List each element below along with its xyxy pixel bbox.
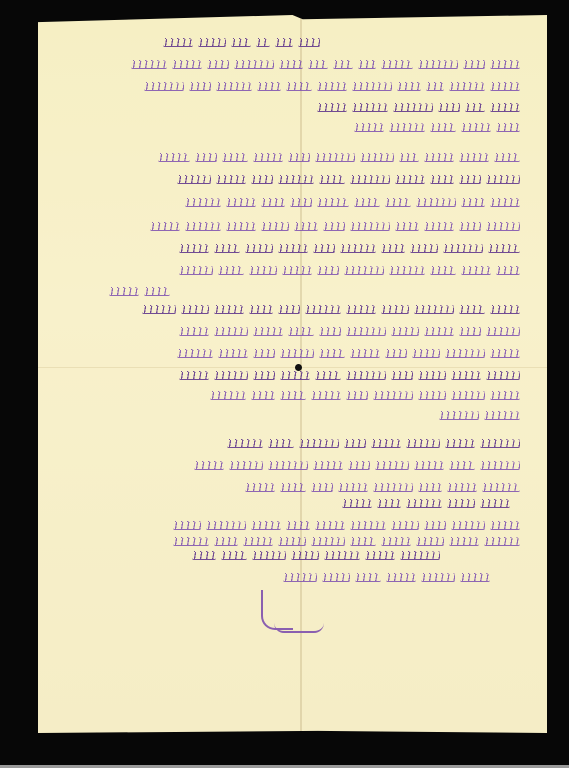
handwritten-word (445, 349, 485, 358)
handwritten-word (308, 60, 328, 69)
handwritten-word (490, 103, 520, 112)
handwritten-word (465, 103, 485, 112)
handwritten-word (315, 153, 355, 162)
handwritten-word (144, 82, 184, 91)
handwritten-word (430, 123, 456, 132)
handwritten-word (313, 244, 335, 253)
handwritten-line (50, 518, 520, 532)
handwritten-word (294, 222, 318, 231)
handwritten-word (257, 82, 281, 91)
handwritten-word (449, 82, 485, 91)
handwritten-word (216, 82, 252, 91)
handwritten-word (179, 266, 213, 275)
handwritten-word (261, 222, 289, 231)
handwritten-word (231, 38, 251, 47)
handwritten-word (389, 123, 425, 132)
handwritten-word (251, 391, 275, 400)
handwritten-word (185, 198, 221, 207)
handwritten-word (173, 521, 201, 530)
handwritten-word (391, 327, 419, 336)
handwritten-word (177, 349, 213, 358)
handwritten-word (253, 371, 275, 380)
handwritten-word (214, 537, 238, 546)
handwritten-word (430, 266, 456, 275)
handwritten-word (350, 537, 376, 546)
handwritten-word (131, 60, 167, 69)
handwritten-word (410, 244, 438, 253)
handwritten-word (346, 327, 386, 336)
handwritten-word (280, 349, 314, 358)
handwritten-word (319, 175, 345, 184)
handwritten-line (270, 100, 520, 114)
handwritten-word (385, 349, 407, 358)
handwritten-word (490, 82, 520, 91)
handwritten-line (50, 150, 520, 164)
handwritten-word (181, 305, 209, 314)
handwritten-word (218, 349, 248, 358)
handwritten-word (451, 371, 481, 380)
handwritten-word (406, 499, 442, 508)
handwritten-word (365, 551, 395, 560)
handwritten-word (460, 573, 490, 582)
handwritten-line (50, 263, 520, 277)
handwritten-word (279, 60, 303, 69)
handwritten-word (315, 371, 341, 380)
handwritten-word (311, 483, 333, 492)
handwritten-line (50, 368, 520, 382)
handwritten-word (414, 305, 454, 314)
handwritten-word (323, 222, 345, 231)
handwritten-word (400, 551, 440, 560)
handwritten-line (50, 324, 520, 338)
handwritten-word (377, 499, 401, 508)
handwritten-word (463, 60, 485, 69)
handwritten-word (245, 483, 275, 492)
handwritten-line (50, 458, 520, 472)
handwritten-word (346, 391, 368, 400)
handwritten-word (280, 391, 306, 400)
handwritten-word (490, 198, 520, 207)
handwritten-word (352, 82, 392, 91)
handwritten-word (163, 38, 193, 47)
handwritten-word (192, 551, 216, 560)
handwritten-word (451, 521, 485, 530)
handwritten-word (486, 222, 520, 231)
handwritten-word (288, 327, 314, 336)
handwritten-line (60, 548, 440, 562)
handwritten-line (50, 79, 520, 93)
signature-underline (274, 623, 324, 633)
handwritten-word (406, 439, 440, 448)
handwritten-word (342, 499, 372, 508)
handwritten-word (496, 266, 520, 275)
handwritten-line (260, 120, 520, 134)
handwritten-word (319, 349, 345, 358)
handwritten-word (447, 499, 475, 508)
handwritten-line (50, 241, 520, 255)
handwritten-line (50, 346, 520, 360)
handwritten-word (355, 573, 381, 582)
handwritten-line (270, 496, 510, 510)
handwritten-word (333, 60, 353, 69)
handwritten-word (256, 38, 270, 47)
handwritten-word (278, 175, 314, 184)
handwritten-word (194, 461, 224, 470)
handwritten-word (418, 483, 442, 492)
handwritten-word (348, 461, 370, 470)
handwritten-word (179, 327, 209, 336)
handwritten-word (179, 371, 209, 380)
handwritten-word (278, 305, 300, 314)
handwritten-word (352, 103, 388, 112)
handwritten-word (291, 551, 319, 560)
handwritten-word (214, 371, 248, 380)
handwritten-word (395, 175, 425, 184)
handwritten-word (371, 439, 401, 448)
handwritten-word (218, 266, 244, 275)
handwritten-word (358, 60, 376, 69)
handwritten-word (179, 244, 209, 253)
handwritten-word (484, 411, 520, 420)
handwritten-word (461, 266, 491, 275)
handwritten-word (424, 327, 454, 336)
handwritten-word (480, 461, 520, 470)
handwritten-word (198, 38, 226, 47)
handwritten-word (221, 551, 247, 560)
handwritten-word (445, 439, 475, 448)
handwritten-word (416, 198, 456, 207)
handwritten-word (459, 305, 485, 314)
handwritten-word (381, 60, 413, 69)
handwritten-word (261, 198, 285, 207)
handwritten-word (385, 198, 411, 207)
handwritten-word (144, 287, 170, 296)
handwritten-word (391, 521, 419, 530)
handwritten-word (424, 521, 446, 530)
handwritten-word (389, 266, 425, 275)
handwritten-word (459, 153, 489, 162)
handwritten-word (397, 82, 421, 91)
handwritten-word (490, 349, 520, 358)
handwritten-word (268, 439, 294, 448)
handwritten-word (245, 244, 273, 253)
handwritten-word (430, 175, 454, 184)
handwritten-line (90, 436, 520, 450)
handwritten-word (480, 499, 510, 508)
handwritten-word (317, 82, 347, 91)
handwritten-word (416, 537, 444, 546)
handwritten-word (253, 327, 283, 336)
handwritten-word (142, 305, 176, 314)
handwritten-word (317, 266, 339, 275)
handwritten-word (109, 287, 139, 296)
handwritten-word (443, 244, 483, 253)
handwritten-line (50, 302, 520, 316)
handwritten-word (251, 521, 281, 530)
handwritten-word (317, 198, 349, 207)
handwritten-word (315, 521, 345, 530)
handwritten-word (447, 483, 477, 492)
handwritten-word (484, 537, 520, 546)
handwritten-word (418, 60, 458, 69)
handwritten-word (350, 349, 380, 358)
handwritten-word (381, 537, 411, 546)
handwritten-word (399, 153, 419, 162)
handwritten-word (451, 391, 485, 400)
handwritten-word (424, 222, 454, 231)
handwritten-word (350, 175, 390, 184)
handwritten-word (313, 461, 343, 470)
handwritten-word (461, 123, 491, 132)
handwritten-word (216, 175, 246, 184)
handwritten-word (354, 198, 380, 207)
handwritten-word (322, 573, 350, 582)
handwritten-line (50, 172, 520, 186)
handwritten-word (346, 371, 386, 380)
handwritten-word (172, 60, 202, 69)
handwritten-word (185, 222, 221, 231)
handwritten-word (381, 305, 409, 314)
handwritten-line (380, 408, 520, 422)
handwritten-word (282, 266, 312, 275)
handwritten-word (395, 222, 419, 231)
handwritten-word (391, 371, 413, 380)
handwritten-word (319, 327, 341, 336)
handwritten-word (249, 305, 273, 314)
handwritten-word (490, 305, 520, 314)
handwritten-word (283, 573, 317, 582)
handwritten-word (214, 305, 244, 314)
handwritten-word (158, 153, 190, 162)
handwritten-line (90, 35, 320, 49)
handwritten-word (288, 153, 310, 162)
handwritten-word (459, 222, 481, 231)
handwritten-word (268, 461, 308, 470)
handwritten-word (299, 439, 339, 448)
handwritten-word (480, 439, 520, 448)
handwritten-word (150, 222, 180, 231)
handwritten-word (305, 305, 341, 314)
handwritten-word (412, 349, 440, 358)
handwritten-word (344, 439, 366, 448)
handwritten-word (350, 521, 386, 530)
handwritten-word (226, 198, 256, 207)
handwritten-word (195, 153, 217, 162)
handwritten-word (494, 153, 520, 162)
handwritten-word (249, 266, 277, 275)
handwritten-word (222, 153, 248, 162)
handwritten-line (50, 219, 520, 233)
handwritten-line (50, 195, 520, 209)
handwritten-word (439, 411, 479, 420)
handwritten-word (360, 153, 394, 162)
handwritten-word (227, 439, 263, 448)
handwritten-word (393, 103, 433, 112)
handwritten-line (50, 57, 520, 71)
letter-paper (38, 15, 547, 733)
handwritten-line (80, 480, 520, 494)
handwritten-word (346, 305, 376, 314)
handwritten-word (253, 153, 283, 162)
handwritten-line (120, 570, 490, 584)
handwritten-word (381, 244, 405, 253)
handwritten-word (226, 222, 256, 231)
handwritten-word (311, 537, 345, 546)
handwritten-word (189, 82, 211, 91)
handwritten-word (324, 551, 360, 560)
handwritten-word (354, 123, 384, 132)
handwritten-word (252, 551, 286, 560)
handwritten-word (486, 175, 520, 184)
handwritten-word (373, 483, 413, 492)
handwritten-word (210, 391, 246, 400)
handwritten-line (50, 388, 520, 402)
handwritten-word (486, 327, 520, 336)
handwritten-word (490, 60, 520, 69)
handwritten-word (496, 123, 520, 132)
handwritten-word (418, 391, 446, 400)
handwritten-word (278, 537, 306, 546)
handwritten-word (290, 198, 312, 207)
handwritten-word (340, 244, 376, 253)
handwritten-word (459, 327, 481, 336)
handwritten-word (214, 244, 240, 253)
handwritten-word (373, 391, 413, 400)
handwritten-word (275, 38, 293, 47)
handwritten-word (482, 483, 520, 492)
handwritten-word (173, 537, 209, 546)
handwritten-word (421, 573, 455, 582)
handwritten-word (449, 537, 479, 546)
handwritten-word (490, 521, 520, 530)
handwritten-word (461, 198, 485, 207)
handwritten-word (488, 244, 520, 253)
handwritten-word (243, 537, 273, 546)
handwritten-word (424, 153, 454, 162)
handwritten-word (177, 175, 211, 184)
handwritten-word (386, 573, 416, 582)
handwritten-word (251, 175, 273, 184)
handwritten-word (253, 349, 275, 358)
handwritten-word (278, 244, 308, 253)
handwritten-word (426, 82, 444, 91)
handwritten-word (206, 521, 246, 530)
handwritten-line (90, 284, 170, 298)
handwritten-word (298, 38, 320, 47)
handwritten-word (350, 222, 390, 231)
handwritten-word (286, 521, 310, 530)
handwritten-word (438, 103, 460, 112)
handwritten-word (207, 60, 229, 69)
handwritten-word (280, 371, 310, 380)
handwritten-word (214, 327, 248, 336)
handwritten-line (60, 534, 520, 548)
handwritten-word (229, 461, 263, 470)
handwritten-word (280, 483, 306, 492)
handwritten-word (317, 103, 347, 112)
handwritten-word (375, 461, 409, 470)
handwritten-word (414, 461, 444, 470)
handwritten-word (418, 371, 446, 380)
handwritten-word (449, 461, 475, 470)
handwritten-word (234, 60, 274, 69)
handwritten-word (490, 391, 520, 400)
handwritten-word (459, 175, 481, 184)
handwritten-word (344, 266, 384, 275)
handwritten-word (338, 483, 368, 492)
handwritten-word (486, 371, 520, 380)
handwritten-word (311, 391, 341, 400)
handwritten-word (286, 82, 312, 91)
